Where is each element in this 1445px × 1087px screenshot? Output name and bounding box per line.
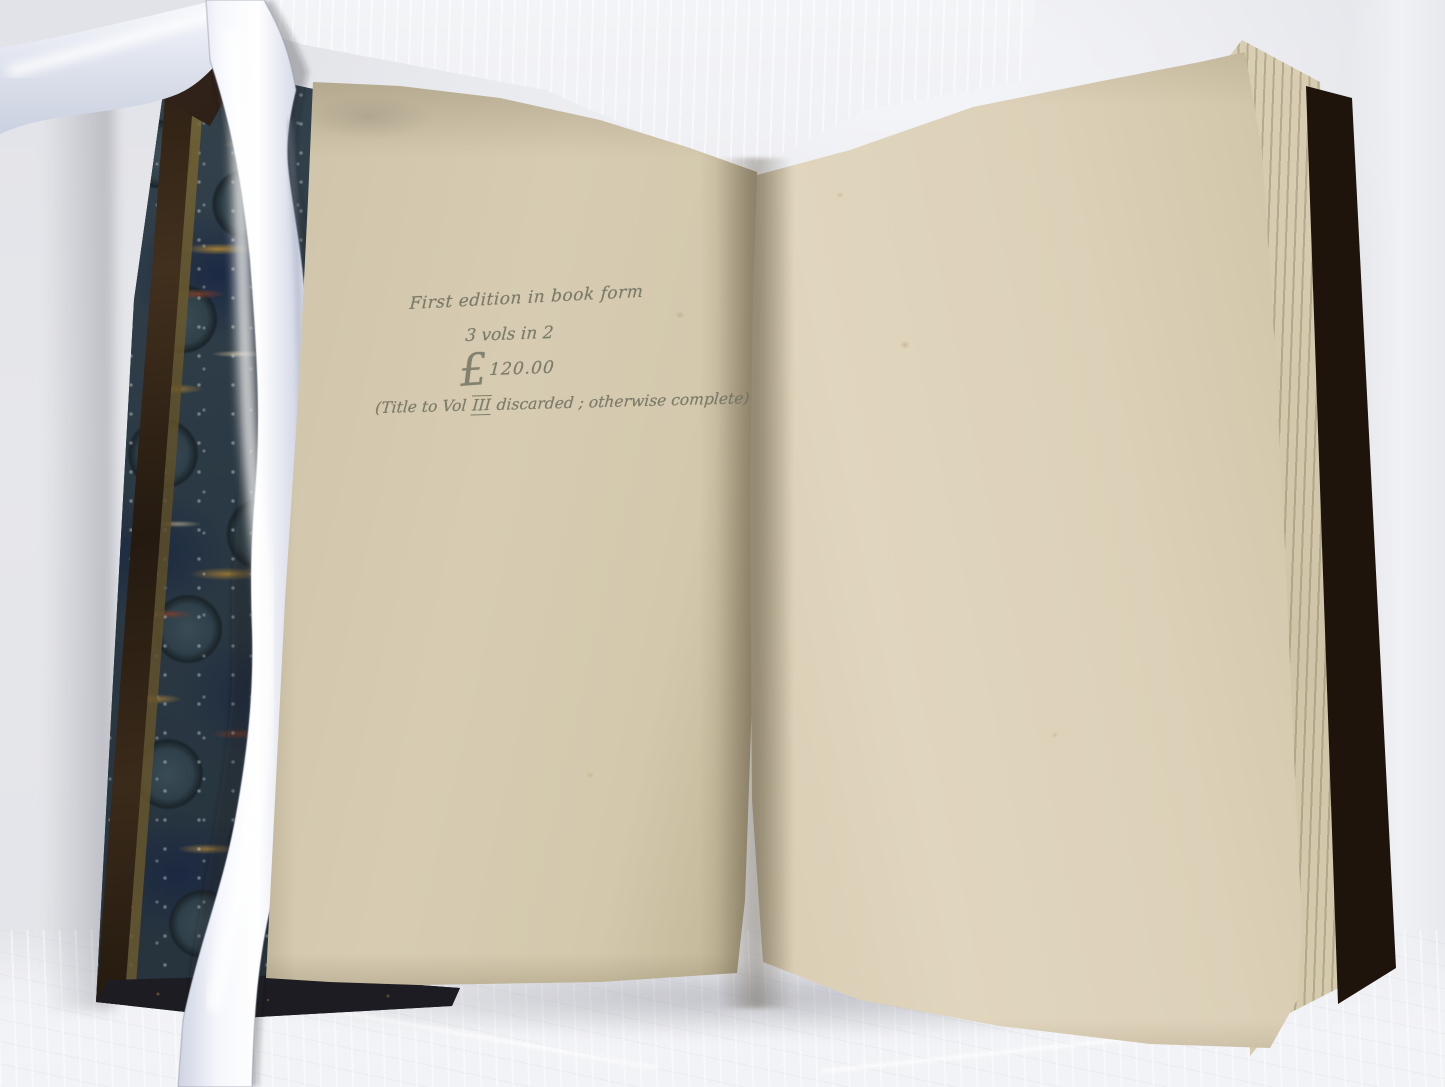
gutter-shadow [718, 158, 792, 1008]
left-page [260, 75, 765, 990]
inscription-roman-numeral: III [471, 395, 493, 416]
inscription-line-2: 3 vols in 2 [465, 323, 555, 346]
inscription-currency-symbol: £ [458, 348, 489, 394]
inscription-line-4-pre: (Title to Vol [375, 396, 472, 417]
inscription-price: 120.00 [489, 358, 556, 380]
right-page [745, 45, 1305, 1060]
photo-stage: First edition in book form 3 vols in 2 £… [0, 0, 1445, 1087]
